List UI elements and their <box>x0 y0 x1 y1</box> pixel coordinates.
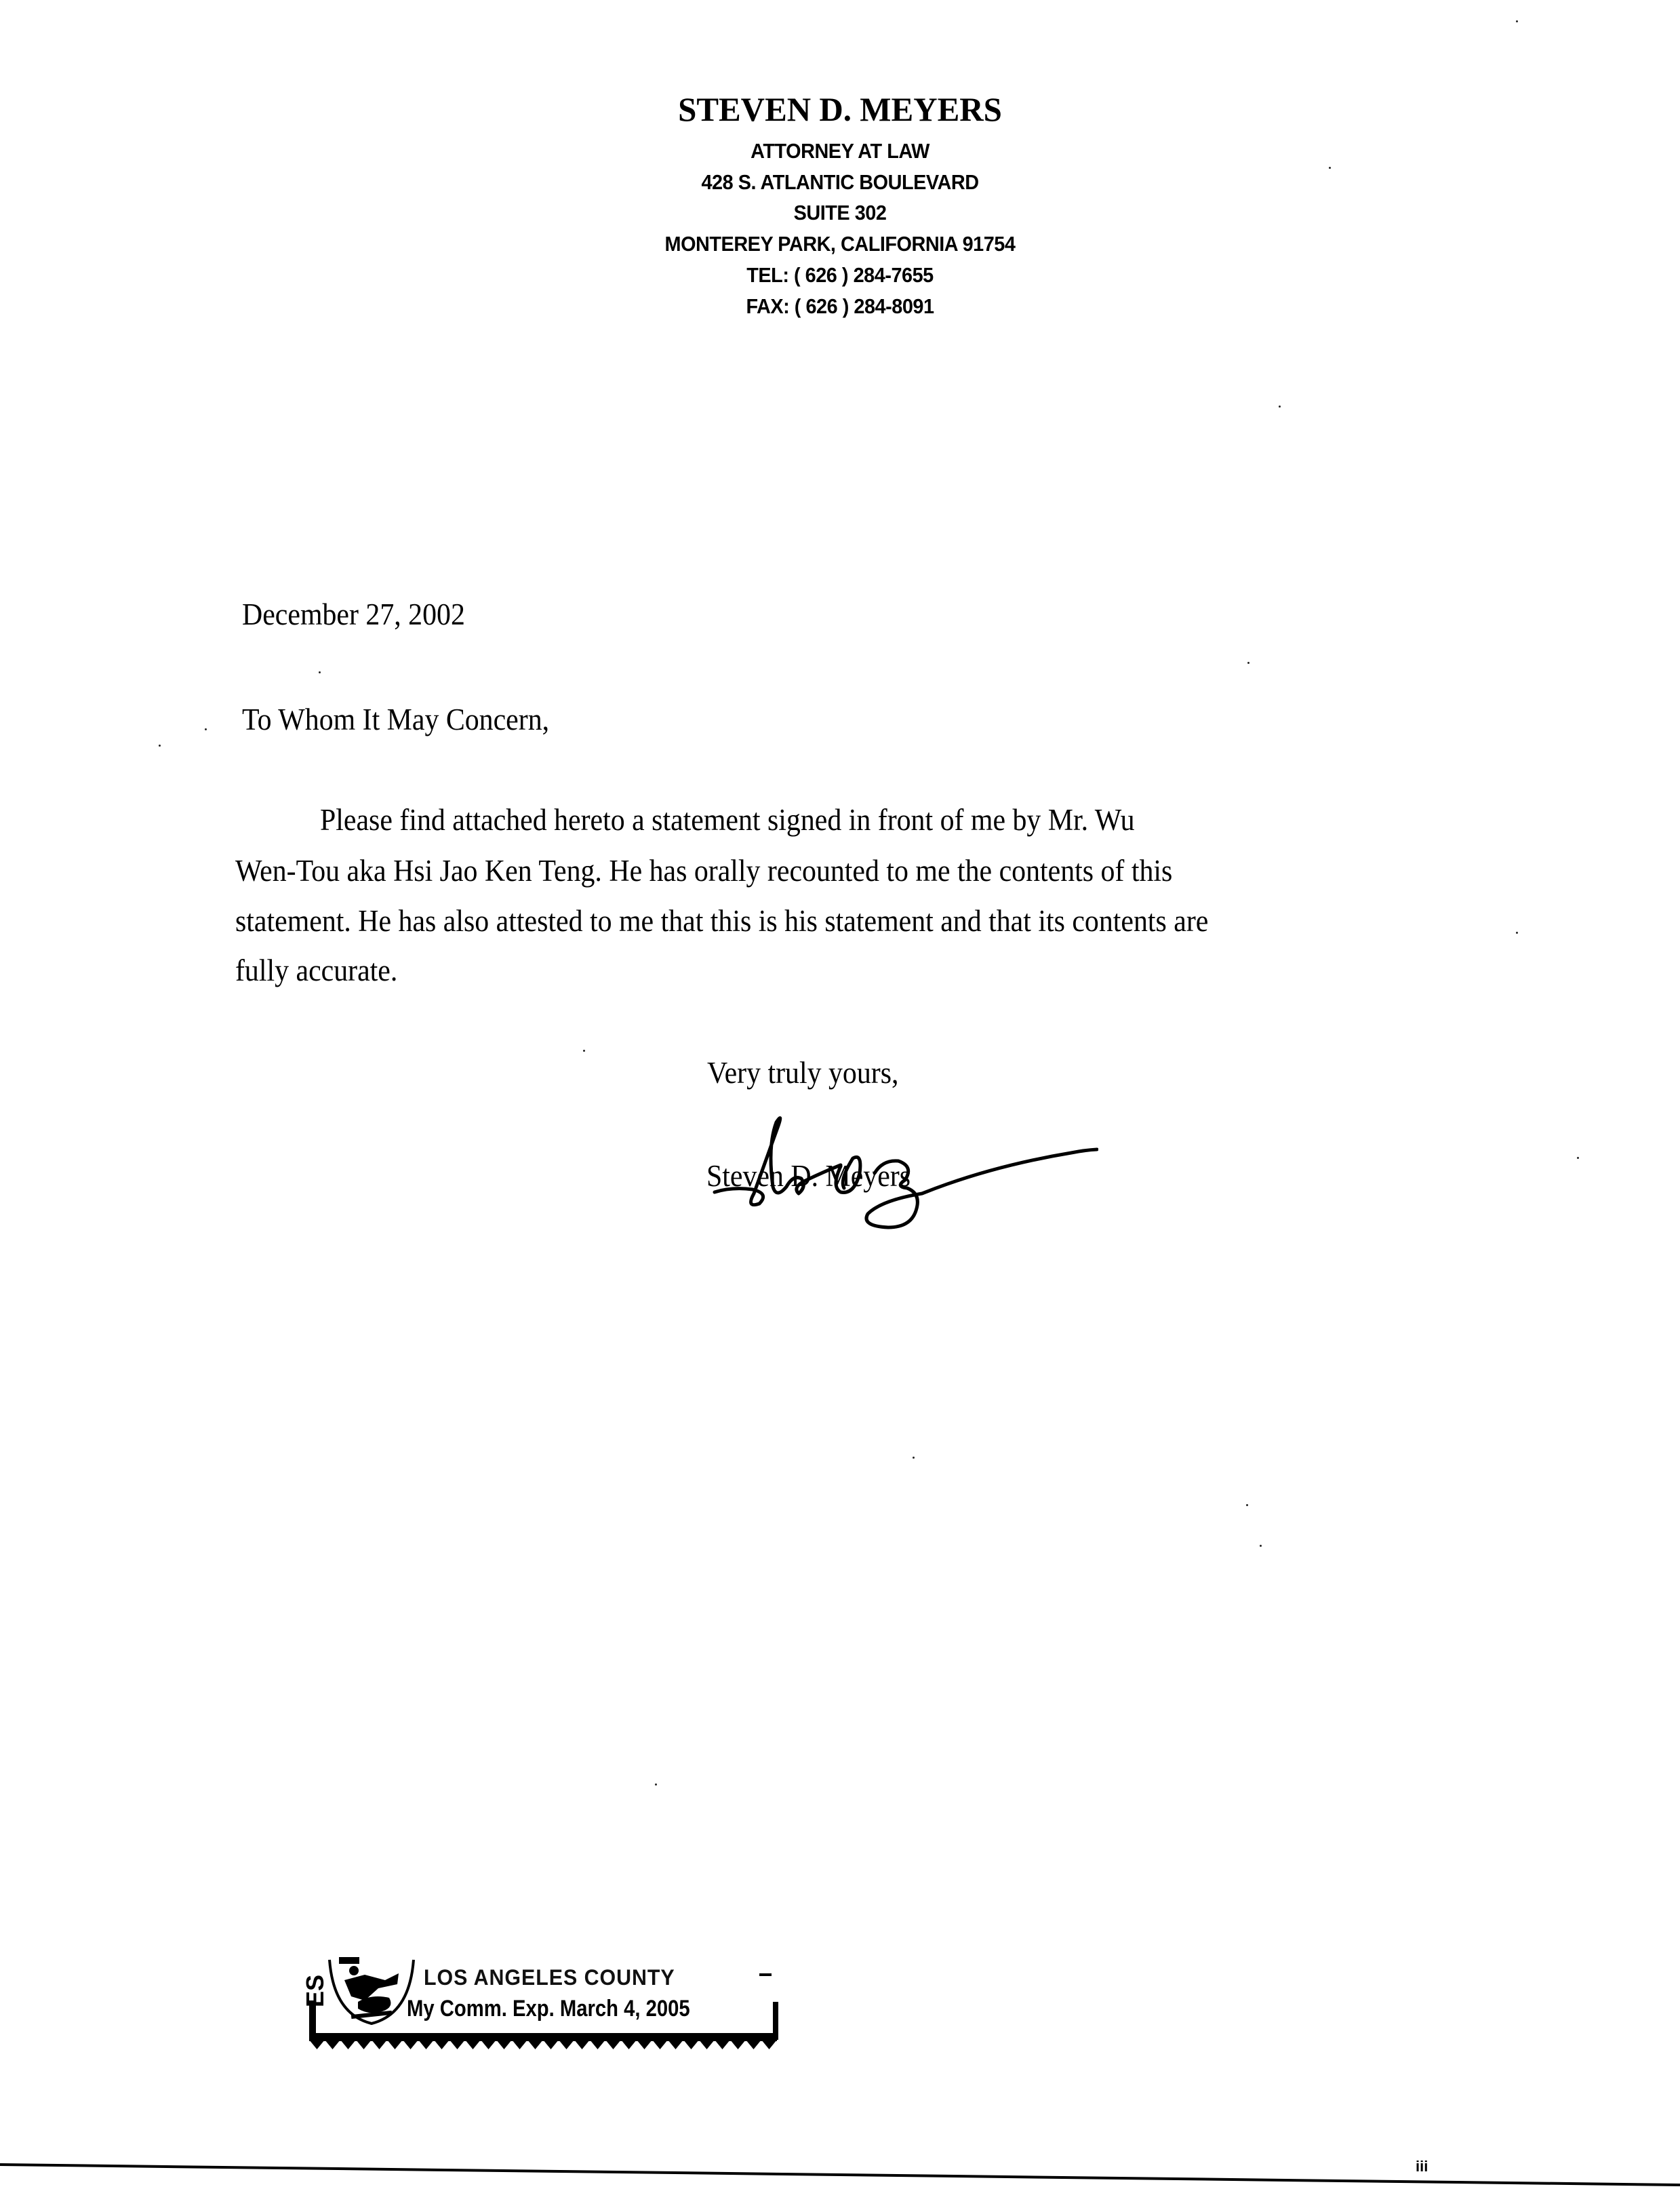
letterhead-title: ATTORNEY AT LAW <box>59 139 1622 163</box>
letterhead-city-state-zip: MONTEREY PARK, CALIFORNIA 91754 <box>59 232 1622 256</box>
body-line: Wen-Tou aka Hsi Jao Ken Teng. He has ora… <box>235 853 1172 888</box>
letterhead-tel: TEL: ( 626 ) 284-7655 <box>59 263 1622 288</box>
body-line: fully accurate. <box>235 953 397 988</box>
body-line: statement. He has also attested to me th… <box>235 903 1208 939</box>
california-seal-icon <box>324 1953 419 2028</box>
stamp-county: LOS ANGELES COUNTY <box>424 1965 675 1990</box>
letter-salutation: To Whom It May Concern, <box>242 702 549 737</box>
letter-date: December 27, 2002 <box>242 597 465 632</box>
letterhead-address-line2: SUITE 302 <box>59 201 1622 225</box>
signer-name: Steven D. Meyers <box>706 1158 911 1194</box>
stamp-side-text: ES <box>301 1975 329 2007</box>
letterhead-fax: FAX: ( 626 ) 284-8091 <box>59 294 1622 319</box>
page-marks: iii <box>1416 2158 1428 2175</box>
letterhead-name: STEVEN D. MEYERS <box>17 90 1663 129</box>
stamp-commission-expiry: My Comm. Exp. March 4, 2005 <box>407 1996 690 2022</box>
letterhead-address-line1: 428 S. ATLANTIC BOULEVARD <box>59 170 1622 195</box>
body-line: Please find attached hereto a statement … <box>320 802 1135 837</box>
